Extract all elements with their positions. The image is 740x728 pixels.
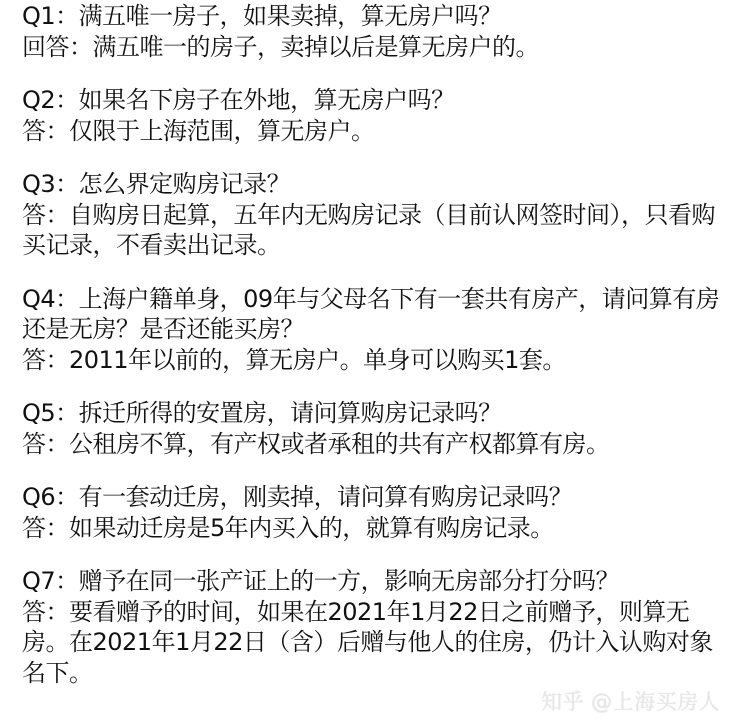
question-5: Q5：拆迁所得的安置房，请问算购房记录吗？ xyxy=(22,398,722,429)
answer-4: 答：2011年以前的，算无房户。单身可以购买1套。 xyxy=(22,345,722,376)
qa-item-2: Q2：如果名下房子在外地，算无房户吗？ 答：仅限于上海范围，算无房户。 xyxy=(22,85,722,146)
answer-3: 答：自购房日起算，五年内无购房记录（目前认网签时间），只看购买记录，不看卖出记录… xyxy=(22,200,722,261)
qa-item-3: Q3：怎么界定购房记录？ 答：自购房日起算，五年内无购房记录（目前认网签时间），… xyxy=(22,169,722,261)
qa-item-4: Q4：上海户籍单身，09年与父母名下有一套共有房产，请问算有房还是无房？是否还能… xyxy=(22,284,722,376)
question-3: Q3：怎么界定购房记录？ xyxy=(22,169,722,200)
question-7: Q7：赠予在同一张产证上的一方，影响无房部分打分吗？ xyxy=(22,566,722,597)
answer-2: 答：仅限于上海范围，算无房户。 xyxy=(22,116,722,147)
answer-5: 答：公租房不算，有产权或者承租的共有产权都算有房。 xyxy=(22,429,722,460)
question-2: Q2：如果名下房子在外地，算无房户吗？ xyxy=(22,85,722,116)
answer-7: 答：要看赠予的时间，如果在2021年1月22日之前赠予，则算无房。在2021年1… xyxy=(22,597,722,689)
question-4: Q4：上海户籍单身，09年与父母名下有一套共有房产，请问算有房还是无房？是否还能… xyxy=(22,284,722,345)
qa-item-5: Q5：拆迁所得的安置房，请问算购房记录吗？ 答：公租房不算，有产权或者承租的共有… xyxy=(22,398,722,459)
answer-6: 答：如果动迁房是5年内买入的，就算有购房记录。 xyxy=(22,513,722,544)
question-6: Q6：有一套动迁房，刚卖掉，请问算有购房记录吗？ xyxy=(22,482,722,513)
answer-1: 回答：满五唯一的房子，卖掉以后是算无房户的。 xyxy=(22,32,722,63)
zhihu-watermark: 知乎 @上海买房人 xyxy=(541,686,720,716)
question-1: Q1：满五唯一房子，如果卖掉，算无房户吗？ xyxy=(22,1,722,32)
qa-item-7: Q7：赠予在同一张产证上的一方，影响无房部分打分吗？ 答：要看赠予的时间，如果在… xyxy=(22,566,722,688)
qa-item-1: Q1：满五唯一房子，如果卖掉，算无房户吗？ 回答：满五唯一的房子，卖掉以后是算无… xyxy=(22,0,722,62)
qa-document: Q1：满五唯一房子，如果卖掉，算无房户吗？ 回答：满五唯一的房子，卖掉以后是算无… xyxy=(22,0,722,711)
qa-item-6: Q6：有一套动迁房，刚卖掉，请问算有购房记录吗？ 答：如果动迁房是5年内买入的，… xyxy=(22,482,722,543)
